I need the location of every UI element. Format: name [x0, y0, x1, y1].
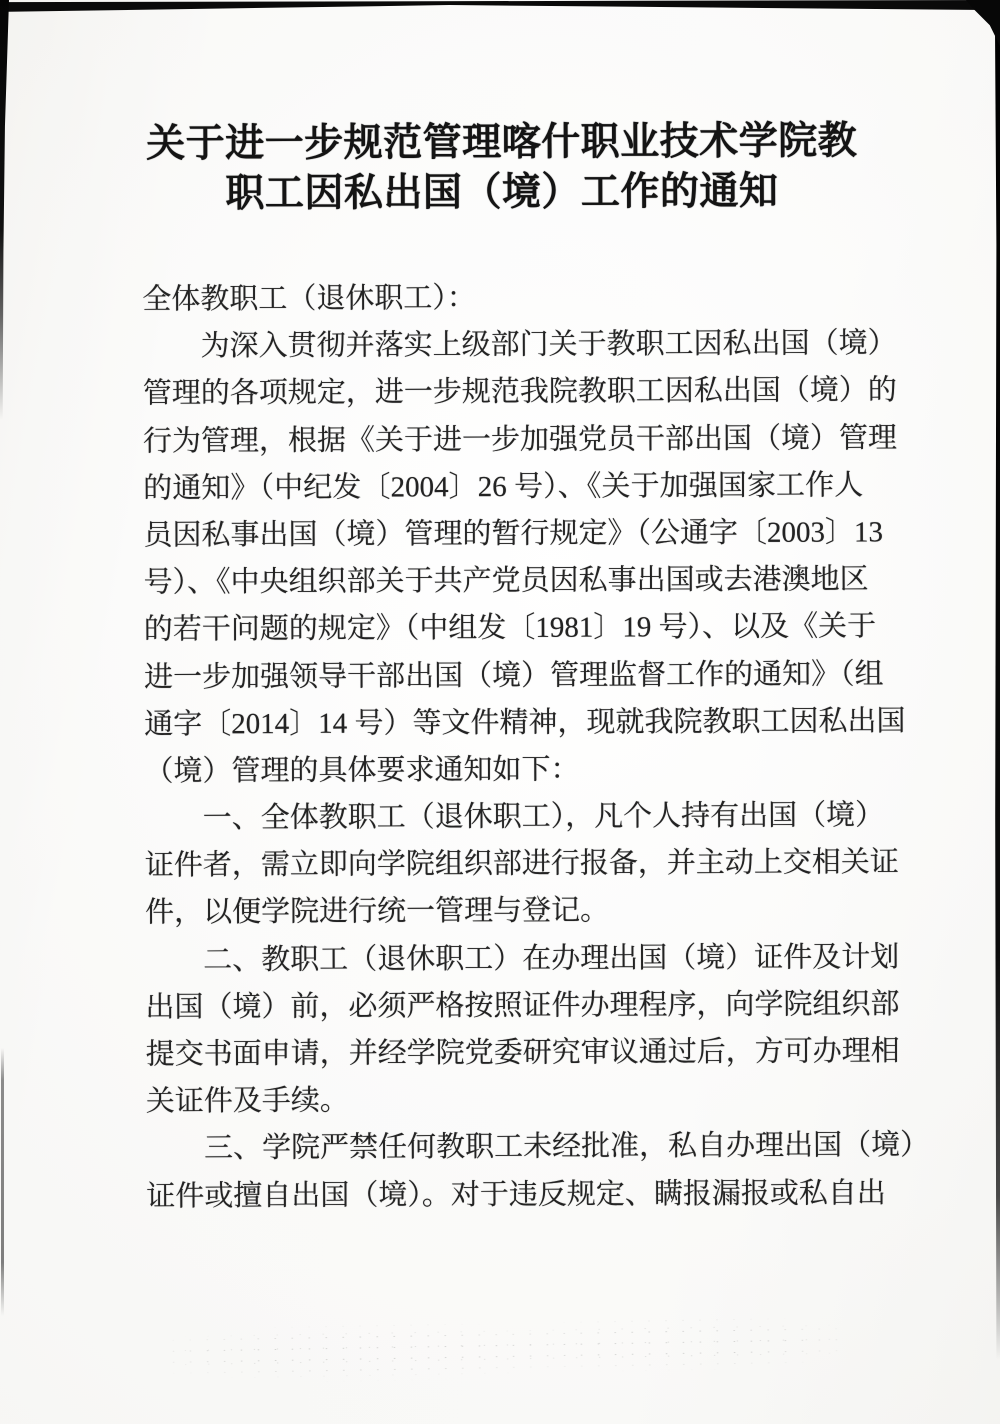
scan-edge-top	[0, 0, 1000, 12]
body-line: 通字〔2014〕14 号）等文件精神，现就我院教职工因私出国	[144, 698, 864, 748]
body-line: 号）、《中央组织部关于共产党员因私事出国或去港澳地区	[144, 557, 864, 607]
body-line: 提交书面申请，并经学院党委研究审议通过后，方可办理相	[146, 1028, 866, 1078]
scan-edge-right	[992, 0, 1000, 1360]
body-line: 的通知》（中纪发〔2004〕26 号）、《关于加强国家工作人	[143, 462, 863, 512]
scan-edge-left	[0, 0, 9, 420]
scan-edge-left-lower	[1, 1048, 4, 1316]
body-line: 关证件及手续。	[146, 1076, 866, 1126]
body-line: 出国（境）前，必须严格按照证件办理程序，向学院组织部	[145, 981, 865, 1031]
body-line: （境）管理的具体要求通知如下：	[144, 745, 864, 795]
body-line: 的若干问题的规定》（中组发〔1981〕19 号）、以及《关于	[144, 604, 864, 654]
body-line: 证件或擅自出国（境）。对于违反规定、瞒报漏报或私自出	[146, 1170, 866, 1220]
document-title-line-2: 职工因私出国（境）工作的通知	[142, 166, 862, 219]
body-line: 员因私事出国（境）管理的暂行规定》（公通字〔2003〕13	[143, 509, 863, 559]
body-line: 管理的各项规定，进一步规范我院教职工因私出国（境）的	[143, 368, 863, 418]
document-title: 关于进一步规范管理喀什职业技术学院教 职工因私出国（境）工作的通知	[142, 116, 862, 219]
document-title-line-1: 关于进一步规范管理喀什职业技术学院教	[142, 116, 862, 169]
body-line: 一、全体教职工（退休职工），凡个人持有出国（境）	[145, 792, 865, 842]
body-line: 二、教职工（退休职工）在办理出国（境）证件及计划	[145, 934, 865, 984]
salutation: 全体教职工（退休职工）：	[142, 273, 862, 323]
body-line: 三、学院严禁任何教职工未经批准，私自办理出国（境）	[146, 1123, 866, 1173]
body-line: 进一步加强领导干部出国（境）管理监督工作的通知》（组	[144, 651, 864, 701]
body-line: 为深入贯彻并落实上级部门关于教职工因私出国（境）	[142, 321, 862, 371]
scan-bleedthrough-speckle	[164, 1312, 845, 1388]
body-line: 行为管理，根据《关于进一步加强党员干部出国（境）管理	[143, 415, 863, 465]
body-line: 证件者，需立即向学院组织部进行报备，并主动上交相关证	[145, 840, 865, 890]
body-line: 件，以便学院进行统一管理与登记。	[145, 887, 865, 937]
scanned-document-page: 关于进一步规范管理喀什职业技术学院教 职工因私出国（境）工作的通知 全体教职工（…	[0, 0, 1000, 1424]
document-body: 全体教职工（退休职工）： 为深入贯彻并落实上级部门关于教职工因私出国（境） 管理…	[142, 273, 866, 1220]
document-content: 关于进一步规范管理喀什职业技术学院教 职工因私出国（境）工作的通知 全体教职工（…	[142, 116, 867, 1220]
